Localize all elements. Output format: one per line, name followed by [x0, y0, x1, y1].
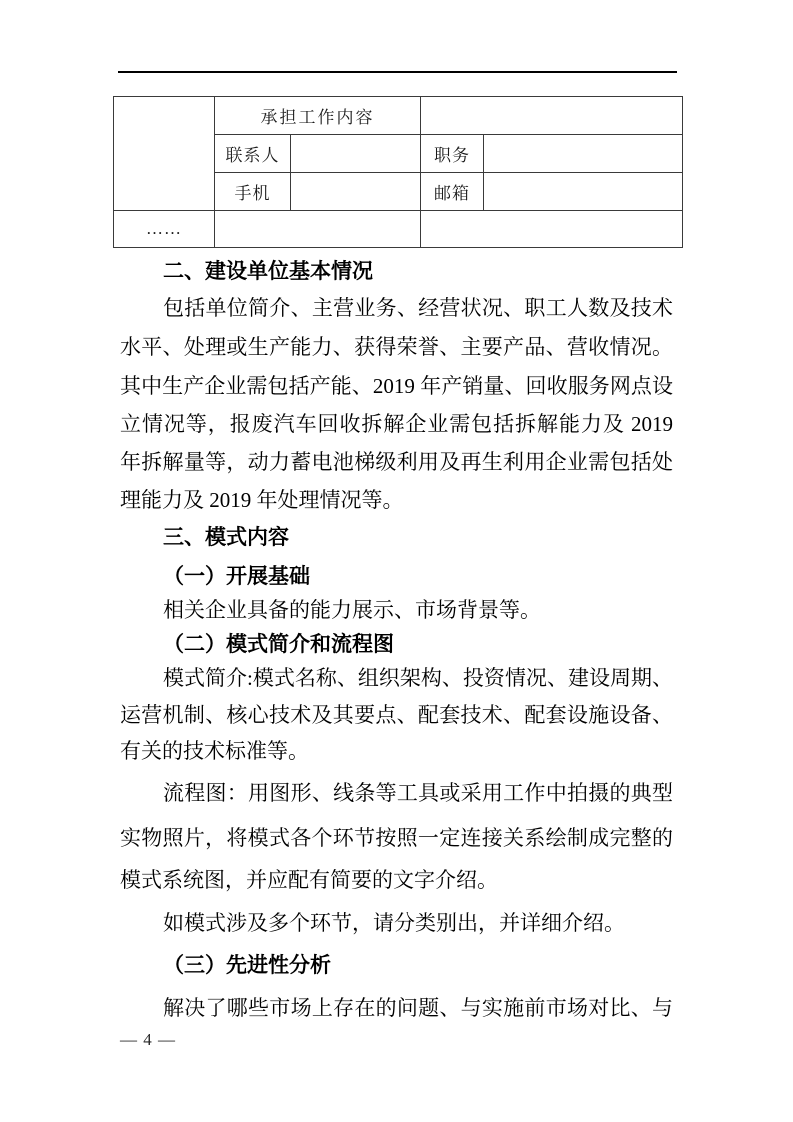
section-heading: 三、模式内容: [120, 519, 673, 557]
table-cell-email-value: [484, 173, 683, 211]
text-line: 运营机制、核心技术及其要点、配套技术、配套设施设备、: [120, 696, 673, 734]
table-cell-position-value: [484, 135, 683, 173]
header-rule: [118, 71, 677, 73]
text-line: 包括单位简介、主营业务、经营状况、职工人数及技术: [120, 289, 673, 327]
table-row: 承担工作内容: [114, 97, 683, 135]
section-heading: 二、建设单位基本情况: [120, 253, 673, 291]
table-cell-position-label: 职务: [421, 135, 484, 173]
text-line: 有关的技术标准等。: [120, 732, 673, 770]
document-page: 承担工作内容 联系人 职务 手机 邮箱 …… 二、建设单位基本情况 包: [0, 0, 793, 1122]
table-cell-empty: [215, 211, 421, 248]
table-row: ……: [114, 211, 683, 248]
table-cell-mobile-label: 手机: [215, 173, 291, 211]
table-cell-work-content-value: [421, 97, 683, 135]
text-line: 模式系统图，并应配有简要的文字介绍。: [120, 861, 673, 899]
text-line: 立情况等，报废汽车回收拆解企业需包括拆解能力及 2019: [120, 405, 673, 443]
text-line: 其中生产企业需包括产能、2019 年产销量、回收服务网点设: [120, 367, 673, 405]
table-cell-contact-value: [291, 135, 421, 173]
text-line: 模式简介:模式名称、组织架构、投资情况、建设周期、: [120, 659, 673, 697]
table-cell-empty: [421, 211, 683, 248]
table-cell-ellipsis: ……: [114, 211, 215, 248]
text-line: 解决了哪些市场上存在的问题、与实施前市场对比、与: [120, 989, 673, 1027]
contact-info-table: 承担工作内容 联系人 职务 手机 邮箱 ……: [113, 96, 683, 248]
subsection-heading: （三）先进性分析: [120, 947, 673, 985]
text-line: 水平、处理或生产能力、获得荣誉、主要产品、营收情况。: [120, 328, 673, 366]
page-number: — 4 —: [120, 1030, 176, 1050]
text-line: 相关企业具备的能力展示、市场背景等。: [120, 591, 673, 629]
table-cell-mobile-value: [291, 173, 421, 211]
text-line: 流程图：用图形、线条等工具或采用工作中拍摄的典型: [120, 774, 673, 812]
text-line: 年拆解量等，动力蓄电池梯级利用及再生利用企业需包括处: [120, 443, 673, 481]
table-cell-empty-left: [114, 97, 215, 211]
table-cell-contact-label: 联系人: [215, 135, 291, 173]
table-cell-email-label: 邮箱: [421, 173, 484, 211]
text-line: 理能力及 2019 年处理情况等。: [120, 481, 673, 519]
text-line: 实物照片，将模式各个环节按照一定连接关系绘制成完整的: [120, 819, 673, 857]
text-line: 如模式涉及多个环节，请分类别出，并详细介绍。: [120, 904, 673, 942]
table-cell-work-content-label: 承担工作内容: [215, 97, 421, 135]
